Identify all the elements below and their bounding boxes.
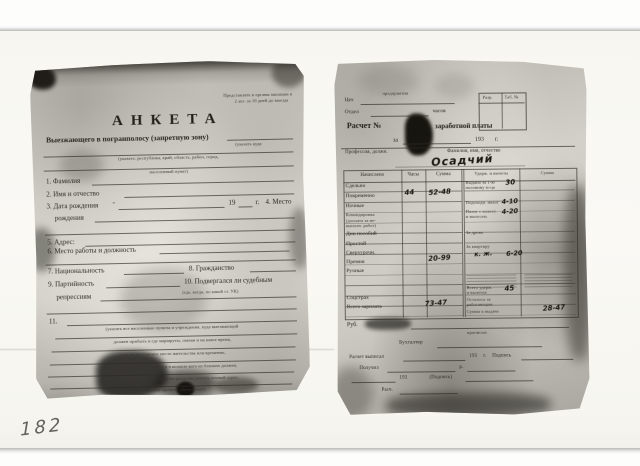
ded-sum-value: 6-20 bbox=[506, 250, 523, 258]
raschet-document: Цех предприятия Отдел часов Разр. Таб. №… bbox=[334, 58, 590, 417]
ruled-line bbox=[466, 380, 534, 382]
earn-row-label: Ночные bbox=[346, 204, 364, 210]
ruled-line bbox=[437, 346, 542, 348]
rub-label: Руб. bbox=[347, 322, 358, 328]
col-accrued-header: Начислено bbox=[343, 173, 401, 179]
raschet-title2: заработной платы bbox=[435, 123, 493, 131]
earn-row-label-cont: выполн. работ) bbox=[346, 224, 376, 229]
propis-label: прописью bbox=[397, 330, 557, 336]
ruled-line bbox=[92, 180, 294, 185]
period-year-suffix: г. bbox=[495, 137, 498, 143]
field-9-label: 9. Партийность bbox=[48, 281, 94, 289]
remainder-label-cont: работающим bbox=[467, 303, 493, 308]
field-7-label: 7. Национальность bbox=[48, 267, 105, 275]
last-label: Расч. bbox=[382, 388, 393, 393]
ded-total-value: 45 bbox=[504, 285, 514, 293]
earn-row-label: Сдельно bbox=[345, 184, 365, 190]
ruled-line bbox=[403, 143, 471, 145]
field-10-hint: (где, когда, по какой ст. УК) bbox=[182, 290, 238, 296]
field-3-year: 19 bbox=[228, 200, 235, 207]
field-1-label: 1. Фамилия bbox=[46, 178, 80, 186]
locality-hint: населенный пункт) bbox=[32, 167, 306, 177]
period-prefix: за bbox=[393, 138, 398, 144]
ruled-line bbox=[521, 359, 573, 361]
ruled-line bbox=[371, 115, 429, 117]
ruled-line bbox=[250, 270, 296, 272]
fine-print-block bbox=[524, 274, 572, 289]
field-6-label: 6. Место работы и должность bbox=[47, 247, 136, 256]
tab-header: Таб. № bbox=[505, 95, 519, 100]
signature-label: Подпись bbox=[492, 353, 511, 358]
prepared-label: Расчет выписал bbox=[349, 355, 384, 360]
field-11-label: 11. bbox=[49, 318, 58, 325]
payout-value: 28-47 bbox=[543, 304, 566, 312]
field-10-label: 10. Подвергался ли судебным bbox=[184, 277, 272, 286]
ruled-line bbox=[100, 296, 296, 301]
field-4-label: 4. Место bbox=[265, 198, 291, 206]
ruled-line bbox=[119, 207, 225, 210]
anketa-subtitle: Выезжающего в погранполосу (запретную зо… bbox=[46, 133, 209, 144]
shop-label: Цех bbox=[345, 98, 354, 104]
prepared-year-suffix: г. bbox=[483, 354, 486, 359]
field-8-label: 8. Гражданство bbox=[189, 265, 235, 273]
ruled-line bbox=[467, 370, 515, 372]
profession-header: Профессия, должн. bbox=[345, 150, 388, 155]
anketa-title: АНКЕТА bbox=[31, 110, 305, 131]
stain bbox=[434, 73, 474, 99]
ruled-line bbox=[160, 251, 290, 255]
ruled-line bbox=[352, 382, 396, 383]
payout-label: Сумма к выдаче bbox=[467, 310, 499, 315]
earn-row-label: Повременно bbox=[346, 194, 375, 200]
ded-total-label-cont: и вычетов bbox=[467, 291, 487, 296]
accountant-label: Бухгалтер bbox=[399, 340, 423, 346]
region-hint: (указать: республика, край, область, рай… bbox=[32, 153, 306, 163]
ded-row-label: За дрова bbox=[466, 231, 483, 236]
ruled-line bbox=[361, 103, 455, 105]
earn-row-label: Ручные bbox=[346, 269, 364, 275]
hours-suffix-label: часов bbox=[433, 109, 446, 115]
ruled-line bbox=[106, 286, 180, 289]
sum-value: 52-48 bbox=[428, 189, 451, 197]
dept-label: Отдел bbox=[345, 110, 359, 116]
stain bbox=[405, 113, 433, 155]
ruled-line bbox=[124, 273, 184, 275]
field-5-label: 5. Адрес: bbox=[47, 239, 75, 247]
ruled-line bbox=[400, 393, 458, 395]
ruled-line bbox=[46, 259, 296, 265]
ded-note-value: к. ж. bbox=[474, 250, 492, 258]
prepared-year: 193 bbox=[469, 354, 477, 359]
social-label: Соцстрах bbox=[347, 296, 369, 302]
ruled-line bbox=[403, 360, 465, 362]
subtitle-hint: (указать куда bbox=[235, 142, 261, 147]
sum-value: 20-99 bbox=[428, 255, 451, 263]
col-hours-header: Часы bbox=[401, 172, 425, 177]
total-label: Всего зарплата bbox=[347, 305, 382, 311]
field-3-label: 3. Дата рождения bbox=[46, 202, 98, 210]
col-sum-header: Сумма bbox=[425, 172, 461, 177]
earn-row-label: Сверхурочн. bbox=[346, 251, 375, 257]
received-rub-label: р. bbox=[459, 365, 463, 370]
received-sign-label: (Подпись) bbox=[429, 375, 452, 380]
ruled-line bbox=[45, 229, 295, 235]
total-sum-value: 73-47 bbox=[425, 300, 448, 308]
field-3-year-suffix: г. bbox=[255, 199, 259, 206]
submit-note-line2: 2 экз. за 10 дней до выезда bbox=[235, 98, 289, 104]
received-label: Получил bbox=[359, 366, 378, 371]
ded-row-label-cont: и малосем. bbox=[466, 215, 488, 220]
field-10-cont: репрессиям bbox=[56, 294, 91, 302]
col-ded-sum-header: Сумма bbox=[519, 171, 575, 176]
ded-sum-value: 30 bbox=[505, 179, 515, 187]
grade-header: Разр. bbox=[483, 96, 493, 101]
earn-row-label: Дни пособий bbox=[346, 232, 377, 238]
ded-sum-value: 4-20 bbox=[502, 208, 519, 216]
field-3-quote: " bbox=[112, 202, 115, 208]
earn-row-label: Простой bbox=[346, 242, 366, 248]
scan-background: Представлять в органы милиции в 2 экз. з… bbox=[0, 0, 640, 466]
ded-row-label-cont: половину м-ца bbox=[465, 186, 495, 191]
ruled-line bbox=[47, 308, 297, 314]
ded-row-label: Подоходн. налог bbox=[466, 201, 499, 206]
shop-hint: предприятия bbox=[382, 92, 408, 97]
hours-value: 44 bbox=[404, 189, 414, 197]
ruled-line bbox=[395, 165, 525, 167]
anketa-document: Представлять в органы милиции в 2 экз. з… bbox=[30, 59, 311, 399]
ruled-line bbox=[387, 371, 455, 373]
ruled-line bbox=[95, 217, 295, 222]
raschet-title: Расчет № bbox=[347, 122, 381, 130]
field-2-label: 2. Имя и отчество bbox=[46, 190, 99, 198]
ruled-line bbox=[239, 206, 253, 207]
earn-row-label: Премия bbox=[346, 260, 364, 266]
col-deductions-header: Удерж. и вычеты bbox=[463, 171, 519, 176]
field-4-cont: рождения bbox=[55, 215, 84, 223]
period-year: 193 bbox=[475, 137, 484, 143]
received-year: 193 bbox=[399, 376, 407, 381]
ded-sum-value: 4-10 bbox=[501, 198, 518, 206]
